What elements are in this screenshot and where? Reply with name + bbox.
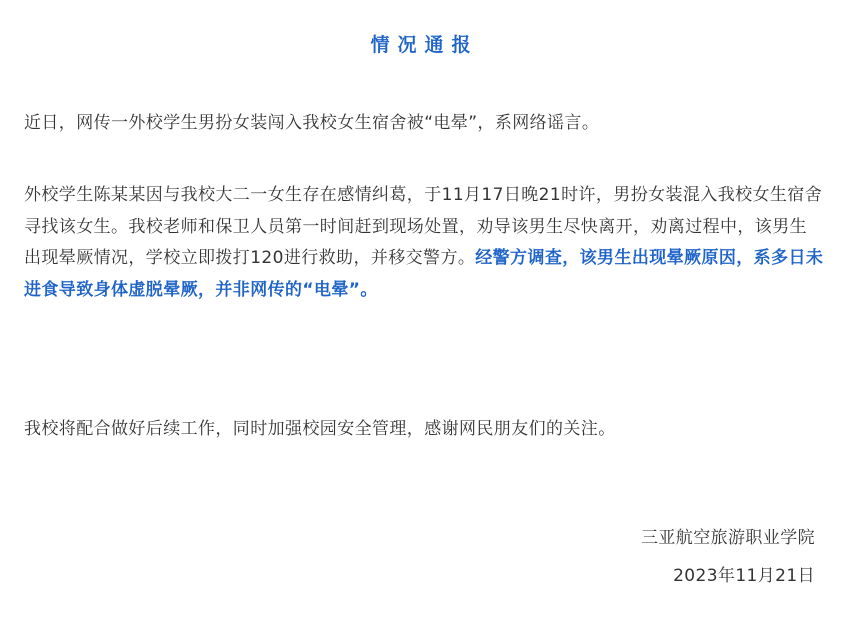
paragraph-incident-details: 外校学生陈某某因与我校大二一女生存在感情纠葛，于11月17日晚21时许，男扮女装…	[24, 180, 824, 306]
paragraph-text: 近日，网传一外校学生男扮女装闯入我校女生宿舍被“电晕”，系网络谣言。	[24, 113, 599, 133]
signature-date: 2023年11月21日	[673, 562, 815, 590]
signature-organization: 三亚航空旅游职业学院	[641, 524, 815, 552]
notice-title: 情况通报	[0, 31, 841, 59]
paragraph-rumor-statement: 近日，网传一外校学生男扮女装闯入我校女生宿舍被“电晕”，系网络谣言。	[24, 108, 824, 140]
paragraph-follow-up: 我校将配合做好后续工作，同时加强校园安全管理，感谢网民朋友们的关注。	[24, 414, 824, 446]
paragraph-text: 我校将配合做好后续工作，同时加强校园安全管理，感谢网民朋友们的关注。	[24, 419, 616, 439]
